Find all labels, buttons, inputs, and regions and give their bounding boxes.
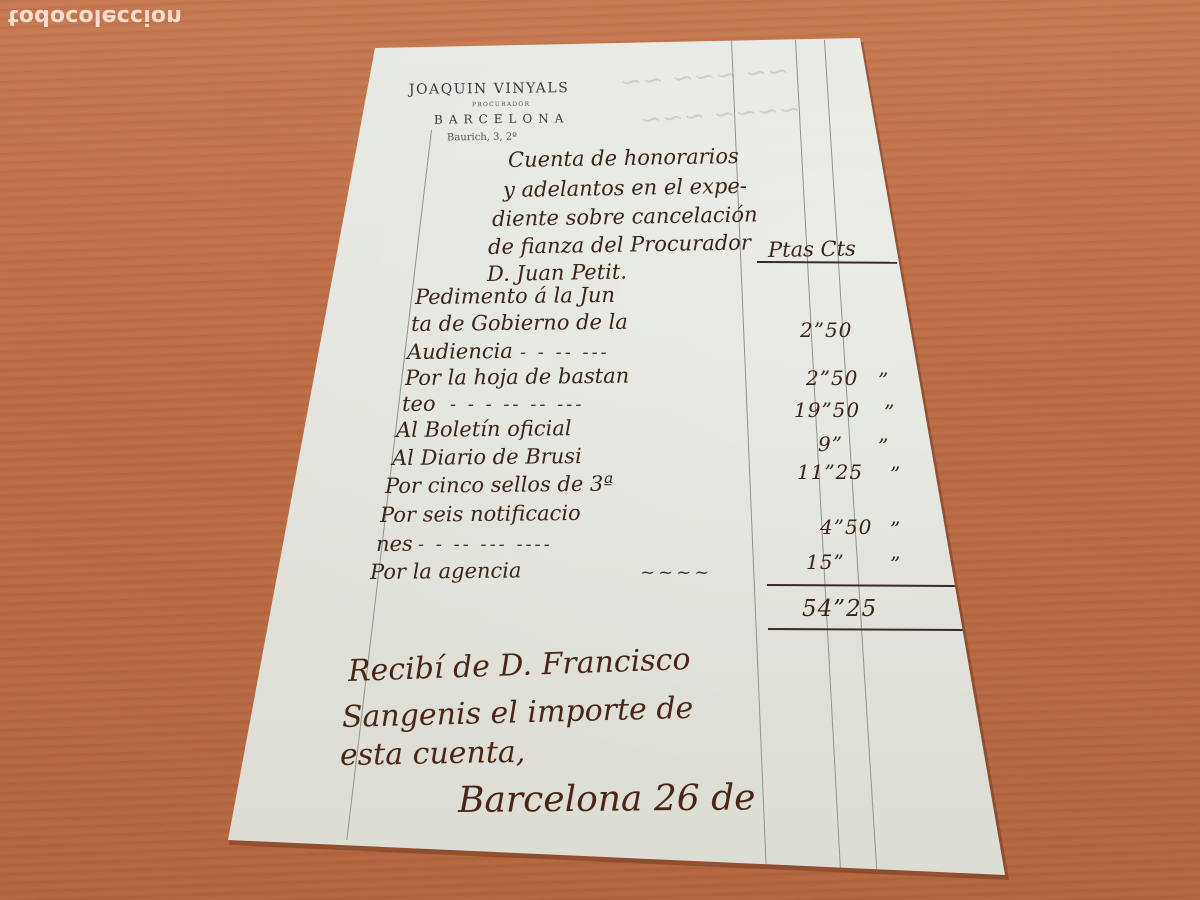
item-6-suffix: ” bbox=[890, 517, 901, 541]
item-7-amount: 15” bbox=[806, 550, 845, 574]
leader-dashes: - - -- --- ---- bbox=[418, 534, 553, 555]
item-5-line: Por cinco sellos de 3ª bbox=[385, 472, 614, 498]
leader-dashes: ~~~~ bbox=[640, 562, 712, 583]
item-2-line: Por la hoja de bastan bbox=[405, 364, 629, 390]
item-2-amount: 2”50 bbox=[806, 366, 858, 390]
receipt-line: Recibí de D. Francisco bbox=[347, 642, 691, 689]
item-6-amount: 4”50 bbox=[820, 515, 872, 539]
item-7-line: Por la agencia bbox=[370, 558, 522, 584]
item-2-suffix: ” bbox=[878, 368, 889, 392]
total-rule-bottom bbox=[768, 628, 964, 631]
item-5-suffix: ” bbox=[890, 462, 901, 486]
item-4-suffix: ” bbox=[878, 434, 889, 458]
letterhead-address: Baurich, 3, 2º bbox=[447, 132, 517, 144]
letterhead-role: PROCURADOR bbox=[472, 101, 530, 109]
title-line: y adelantos en el expe- bbox=[503, 174, 747, 202]
item-4-amount: 9” bbox=[818, 432, 843, 456]
total-rule-top bbox=[767, 584, 955, 587]
item-3-amount: 19”50 bbox=[794, 398, 860, 422]
letterhead-name: JOAQUIN VINYALS bbox=[409, 80, 569, 98]
title-line: diente sobre cancelación bbox=[492, 202, 758, 231]
letterhead-city: BARCELONA bbox=[434, 111, 570, 126]
column-header: Ptas Cts bbox=[768, 236, 856, 262]
receipt-date: Barcelona 26 de bbox=[458, 777, 756, 821]
bleed-through-ink: ~~ ~~~ ~~ bbox=[619, 56, 790, 98]
item-6-line: nes bbox=[376, 532, 413, 556]
item-1-amount: 2”50 bbox=[800, 318, 852, 342]
item-1-line: Pedimento á la Jun bbox=[415, 283, 615, 309]
bleed-through-ink: ~~~~ ~~~ bbox=[639, 94, 801, 135]
item-4-line: Al Diario de Brusi bbox=[392, 444, 582, 470]
item-7-suffix: ” bbox=[890, 552, 901, 576]
item-1-line: Audiencia bbox=[407, 339, 513, 364]
document-paper: JOAQUIN VINYALS PROCURADOR BARCELONA Bau… bbox=[0, 0, 1200, 900]
title-line: Cuenta de honorarios bbox=[508, 144, 739, 172]
receipt-line: Sangenis el importe de bbox=[342, 691, 694, 735]
item-5-amount: 11”25 bbox=[797, 460, 863, 484]
item-3-suffix: ” bbox=[884, 400, 895, 424]
item-1-line: ta de Gobierno de la bbox=[411, 310, 628, 336]
item-3-line: Al Boletín oficial bbox=[396, 416, 572, 442]
title-line: de fianza del Procurador bbox=[488, 230, 751, 259]
total-amount: 54”25 bbox=[802, 596, 877, 622]
item-2-line: teo bbox=[402, 392, 436, 416]
watermark-logo: todocoleccion bbox=[8, 4, 182, 29]
header-underline bbox=[757, 261, 897, 264]
leader-dashes: - - -- --- bbox=[520, 342, 610, 363]
receipt-line: esta cuenta, bbox=[340, 735, 526, 773]
item-6-line: Por seis notificacio bbox=[380, 501, 581, 527]
leader-dashes: - - - -- -- --- bbox=[450, 394, 584, 415]
